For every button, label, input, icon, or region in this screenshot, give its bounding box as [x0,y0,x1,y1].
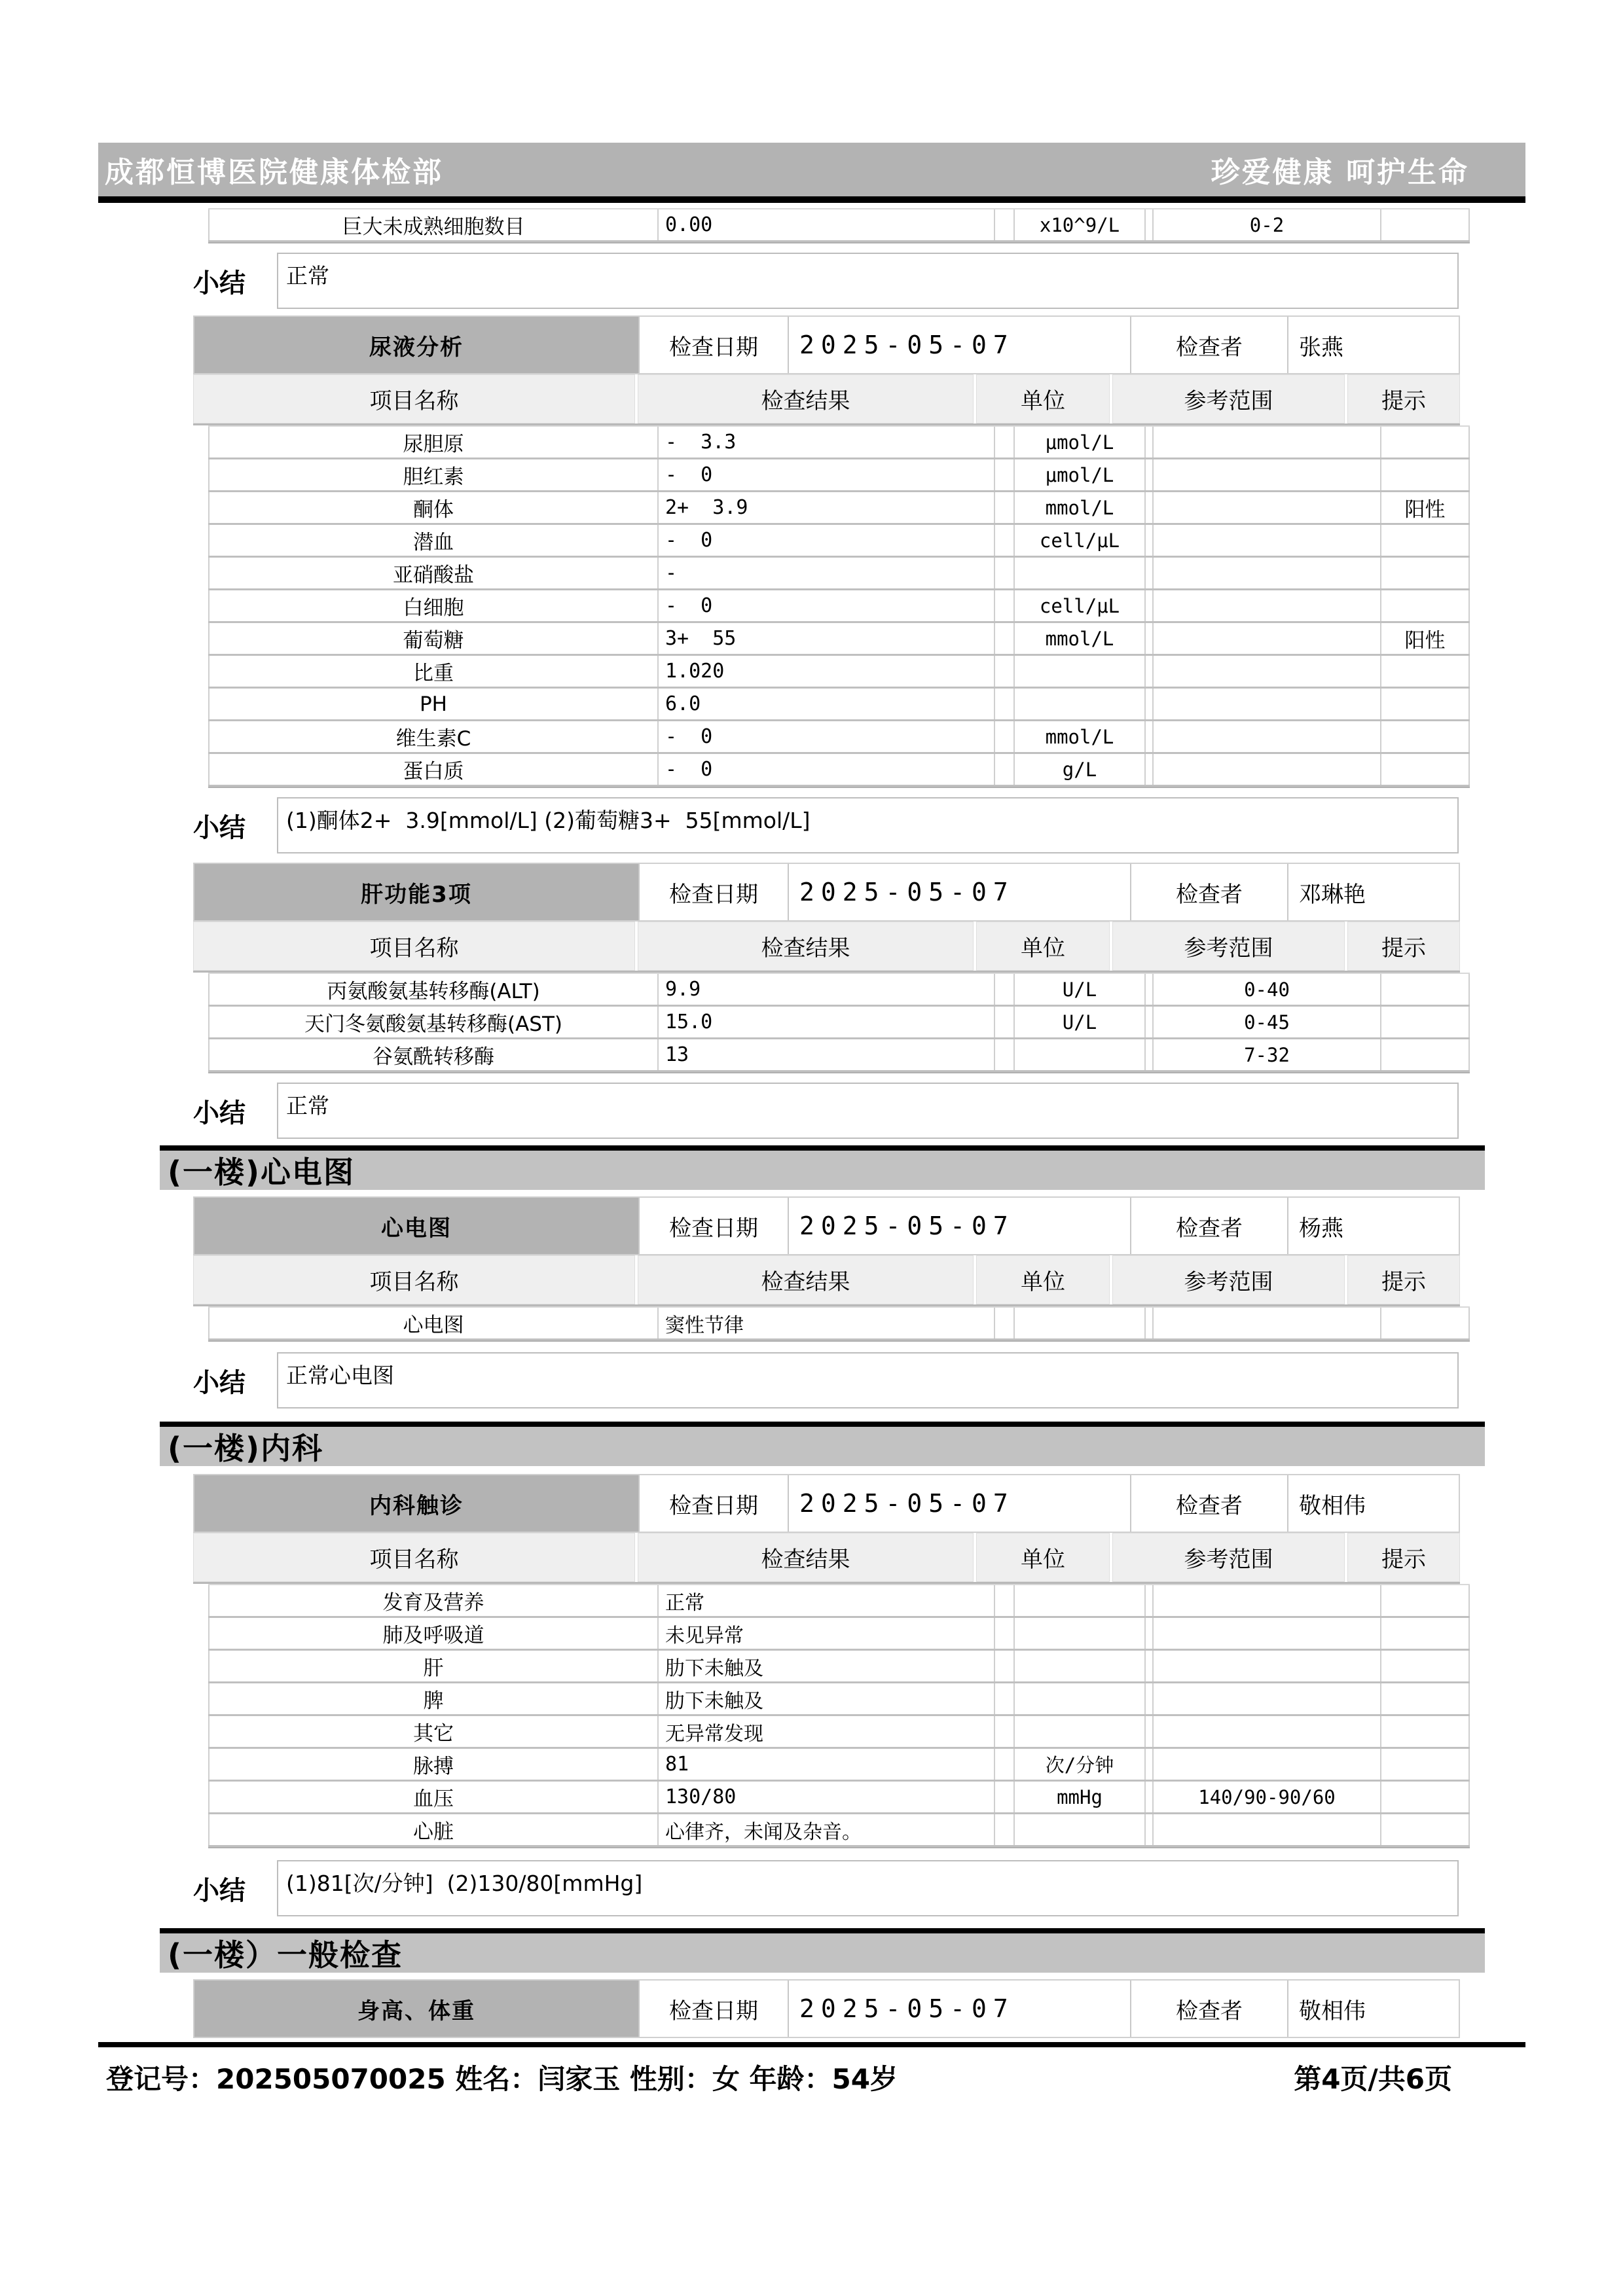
column-header-hint: 提示 [1347,1255,1460,1304]
unit-cell [1013,1651,1146,1681]
hint-cell [1380,1039,1470,1070]
column-gap [1146,427,1152,457]
header-rule [98,196,1525,203]
range-cell [1152,590,1380,621]
panel-header-urine: 尿液分析 检查日期 2025-05-07 检查者 张燕 [193,315,1460,374]
item-cell: 谷氨酰转移酶 [208,1039,659,1070]
result-cell: 13 [659,1039,995,1070]
unit-cell [1013,1814,1146,1845]
column-gap [995,1814,1013,1845]
section-rule [160,1422,1485,1427]
result-cell: - 3.3 [659,427,995,457]
result-cell: - 0 [659,721,995,752]
page-indicator: 第4页/共6页 [1294,2058,1452,2097]
result-cell: 心律齐，未闻及杂音。 [659,1814,995,1845]
column-gap [1146,689,1152,719]
section-band-ecg: (一楼)心电图 [160,1151,1485,1190]
table-row: 巨大未成熟细胞数目 0.00 x10^9/L 0-2 [208,209,1470,242]
range-cell [1152,525,1380,556]
hint-cell [1380,1782,1470,1812]
column-header-result: 检查结果 [638,922,974,971]
examiner-label: 检查者 [1130,317,1287,373]
table-row: 肝 肋下未触及 [208,1651,1470,1683]
hospital-name: 成都恒博医院健康体检部 [105,149,443,190]
column-gap [995,459,1013,490]
section-band-general: (一楼）一般检查 [160,1933,1485,1973]
hint-cell [1380,1814,1470,1845]
item-cell: 血压 [208,1782,659,1812]
hint-cell: 阳性 [1380,623,1470,654]
table-row: PH 6.0 [208,689,1470,721]
item-cell: 心电图 [208,1308,659,1338]
table-row: 谷氨酰转移酶 13 7-32 [208,1039,1470,1072]
column-gap [995,492,1013,523]
column-header-unit: 单位 [976,1533,1110,1582]
range-cell: 0-2 [1152,209,1380,240]
hint-cell [1380,1683,1470,1714]
range-cell: 140/90-90/60 [1152,1782,1380,1812]
column-gap [1146,1039,1152,1070]
unit-cell: μmol/L [1013,459,1146,490]
column-header-row: 项目名称 检查结果 单位 参考范围 提示 [193,1533,1460,1584]
range-cell [1152,721,1380,752]
result-cell: - 0 [659,754,995,785]
panel-header-ecg: 心电图 检查日期 2025-05-07 检查者 杨燕 [193,1196,1460,1255]
panel-header-general: 身高、体重 检查日期 2025-05-07 检查者 敬相伟 [193,1979,1460,2038]
column-gap [995,1683,1013,1714]
exam-date: 2025-05-07 [788,1981,1130,2037]
column-gap [1146,1651,1152,1681]
column-gap [1146,623,1152,654]
column-gap [1146,1585,1152,1616]
summary-block: 小结 正常 [193,1083,1459,1139]
range-cell [1152,1618,1380,1649]
column-gap [995,209,1013,240]
hint-cell [1380,427,1470,457]
column-gap [995,1039,1013,1070]
unit-cell: mmol/L [1013,492,1146,523]
examiner-label: 检查者 [1130,864,1287,920]
table-row: 其它 无异常发现 [208,1716,1470,1749]
unit-cell: U/L [1013,1007,1146,1037]
table-row: 丙氨酸氨基转移酶(ALT) 9.9 U/L 0-40 [208,974,1470,1007]
table-row: 脾 肋下未触及 [208,1683,1470,1716]
item-cell: 亚硝酸盐 [208,558,659,588]
column-gap [995,427,1013,457]
range-cell [1152,754,1380,785]
column-gap [995,590,1013,621]
table-row: 葡萄糖 3+ 55 mmol/L 阳性 [208,623,1470,656]
range-cell: 7-32 [1152,1039,1380,1070]
result-cell: 3+ 55 [659,623,995,654]
summary-box: 正常 [277,253,1459,309]
item-cell: 脾 [208,1683,659,1714]
exam-date-label: 检查日期 [638,1475,788,1532]
examiner-name: 杨燕 [1287,1198,1459,1254]
exam-date: 2025-05-07 [788,1475,1130,1532]
column-gap [1146,721,1152,752]
result-cell: 窦性节律 [659,1308,995,1338]
hint-cell [1380,1618,1470,1649]
section-band-internal: (一楼)内科 [160,1427,1485,1466]
table-row: 亚硝酸盐 - [208,558,1470,590]
result-cell: 1.020 [659,656,995,687]
range-cell: 0-40 [1152,974,1380,1005]
column-gap [995,721,1013,752]
item-cell: 尿胆原 [208,427,659,457]
column-gap [1146,525,1152,556]
result-cell: 肋下未触及 [659,1683,995,1714]
column-gap [995,1716,1013,1747]
exam-date-label: 检查日期 [638,864,788,920]
column-gap [995,623,1013,654]
unit-cell [1013,1308,1146,1338]
item-cell: 丙氨酸氨基转移酶(ALT) [208,974,659,1005]
table-row: 酮体 2+ 3.9 mmol/L 阳性 [208,492,1470,525]
column-header-row: 项目名称 检查结果 单位 参考范围 提示 [193,922,1460,973]
hint-cell [1380,1308,1470,1338]
hint-cell [1380,754,1470,785]
column-header-hint: 提示 [1347,922,1460,971]
item-cell: 肺及呼吸道 [208,1618,659,1649]
panel-title: 尿液分析 [194,317,638,373]
item-cell: 白细胞 [208,590,659,621]
exam-date-label: 检查日期 [638,1981,788,2037]
range-cell [1152,1308,1380,1338]
range-cell [1152,623,1380,654]
item-cell: 蛋白质 [208,754,659,785]
item-cell: 心脏 [208,1814,659,1845]
column-header-unit: 单位 [976,1255,1110,1304]
examiner-label: 检查者 [1130,1981,1287,2037]
column-gap [995,689,1013,719]
range-cell [1152,492,1380,523]
column-gap [995,525,1013,556]
hint-cell [1380,1585,1470,1616]
ecg-table: 心电图 窦性节律 [208,1306,1470,1342]
hint-cell [1380,1007,1470,1037]
range-cell: 0-45 [1152,1007,1380,1037]
column-header-range: 参考范围 [1112,1533,1345,1582]
column-header-hint: 提示 [1347,1533,1460,1582]
table-row: 比重 1.020 [208,656,1470,689]
footer-patient-info: 登记号：202505070025 姓名：闫家玉 性别：女 年龄：54岁 [106,2058,898,2097]
summary-box: 正常 [277,1083,1459,1139]
unit-cell: mmHg [1013,1782,1146,1812]
range-cell [1152,689,1380,719]
result-cell: - 0 [659,459,995,490]
column-header-item: 项目名称 [193,1533,635,1582]
column-gap [1146,974,1152,1005]
unit-cell: x10^9/L [1013,209,1146,240]
unit-cell [1013,1716,1146,1747]
table-row: 尿胆原 - 3.3 μmol/L [208,427,1470,459]
column-gap [995,1308,1013,1338]
unit-cell: cell/μL [1013,525,1146,556]
unit-cell [1013,1683,1146,1714]
panel-header-internal: 内科触诊 检查日期 2025-05-07 检查者 敬相伟 [193,1474,1460,1533]
section-rule [160,1145,1485,1151]
column-header-row: 项目名称 检查结果 单位 参考范围 提示 [193,374,1460,425]
range-cell [1152,1585,1380,1616]
summary-label: 小结 [193,1092,277,1130]
column-gap [995,656,1013,687]
column-header-item: 项目名称 [193,922,635,971]
column-gap [995,558,1013,588]
hint-cell [1380,1749,1470,1780]
item-cell: 胆红素 [208,459,659,490]
table-row: 心电图 窦性节律 [208,1308,1470,1340]
column-header-item: 项目名称 [193,1255,635,1304]
panel-title: 心电图 [194,1198,638,1254]
examiner-label: 检查者 [1130,1475,1287,1532]
item-cell: 潜血 [208,525,659,556]
table-row: 天门冬氨酸氨基转移酶(AST) 15.0 U/L 0-45 [208,1007,1470,1039]
column-gap [1146,1618,1152,1649]
hint-cell [1380,689,1470,719]
item-cell: 发育及营养 [208,1585,659,1616]
unit-cell [1013,1039,1146,1070]
result-cell: 6.0 [659,689,995,719]
column-header-item: 项目名称 [193,374,635,423]
column-gap [1146,1308,1152,1338]
panel-title: 内科触诊 [194,1475,638,1532]
column-header-result: 检查结果 [638,1255,974,1304]
item-cell: 比重 [208,656,659,687]
result-cell: 正常 [659,1585,995,1616]
range-cell [1152,1716,1380,1747]
hint-cell [1380,209,1470,240]
item-cell: 脉搏 [208,1749,659,1780]
result-cell: 肋下未触及 [659,1651,995,1681]
page-footer: 登记号：202505070025 姓名：闫家玉 性别：女 年龄：54岁 第4页/… [98,2058,1525,2097]
examiner-name: 敬相伟 [1287,1981,1459,2037]
item-cell: 其它 [208,1716,659,1747]
table-row: 肺及呼吸道 未见异常 [208,1618,1470,1651]
table-row: 蛋白质 - 0 g/L [208,754,1470,787]
item-cell: 葡萄糖 [208,623,659,654]
result-cell: 0.00 [659,209,995,240]
result-cell: 无异常发现 [659,1716,995,1747]
result-cell: 未见异常 [659,1618,995,1649]
unit-cell: mmol/L [1013,623,1146,654]
column-header-range: 参考范围 [1112,1255,1345,1304]
table-row: 发育及营养 正常 [208,1585,1470,1618]
column-header-range: 参考范围 [1112,922,1345,971]
column-gap [1146,1683,1152,1714]
table-row: 血压 130/80 mmHg 140/90-90/60 [208,1782,1470,1814]
summary-block: 小结 正常心电图 [193,1352,1459,1408]
summary-block: 小结 (1)酮体2+ 3.9[mmol/L] (2)葡萄糖3+ 55[mmol/… [193,797,1459,853]
unit-cell: 次/分钟 [1013,1749,1146,1780]
column-gap [1146,1007,1152,1037]
panel-header-liver: 肝功能3项 检查日期 2025-05-07 检查者 邓琳艳 [193,863,1460,922]
table-row: 维生素C - 0 mmol/L [208,721,1470,754]
column-header-result: 检查结果 [638,1533,974,1582]
unit-cell [1013,689,1146,719]
examiner-name: 张燕 [1287,317,1459,373]
summary-label: 小结 [193,807,277,844]
panel-title: 肝功能3项 [194,864,638,920]
summary-block: 小结 正常 [193,253,1459,309]
hint-cell [1380,558,1470,588]
column-gap [1146,1814,1152,1845]
unit-cell: U/L [1013,974,1146,1005]
column-gap [995,1585,1013,1616]
unit-cell [1013,558,1146,588]
table-row: 脉搏 81 次/分钟 [208,1749,1470,1782]
exam-date: 2025-05-07 [788,864,1130,920]
column-gap [995,1618,1013,1649]
summary-block: 小结 (1)81[次/分钟] (2)130/80[mmHg] [193,1860,1459,1916]
column-gap [1146,492,1152,523]
result-cell: - [659,558,995,588]
result-cell: 81 [659,1749,995,1780]
table-row: 胆红素 - 0 μmol/L [208,459,1470,492]
hint-cell [1380,721,1470,752]
summary-label: 小结 [193,262,277,300]
column-gap [1146,558,1152,588]
report-header-bar: 成都恒博医院健康体检部 珍爱健康 呵护生命 [98,143,1525,196]
internal-table: 发育及营养 正常 肺及呼吸道 未见异常 肝 肋下未触及 脾 肋下未触及 其它 无… [208,1584,1470,1848]
column-gap [995,1651,1013,1681]
item-cell: 肝 [208,1651,659,1681]
panel-title: 身高、体重 [194,1981,638,2037]
urine-table: 尿胆原 - 3.3 μmol/L 胆红素 - 0 μmol/L 酮体 2+ 3.… [208,425,1470,788]
carryover-table: 巨大未成熟细胞数目 0.00 x10^9/L 0-2 [208,208,1470,243]
column-gap [1146,754,1152,785]
result-cell: 9.9 [659,974,995,1005]
item-cell: 巨大未成熟细胞数目 [208,209,659,240]
column-header-row: 项目名称 检查结果 单位 参考范围 提示 [193,1255,1460,1306]
result-cell: - 0 [659,590,995,621]
summary-label: 小结 [193,1870,277,1907]
result-cell: 15.0 [659,1007,995,1037]
range-cell [1152,1651,1380,1681]
column-gap [995,1749,1013,1780]
column-gap [995,974,1013,1005]
hint-cell [1380,525,1470,556]
hint-cell [1380,590,1470,621]
column-gap [995,754,1013,785]
column-gap [995,1782,1013,1812]
summary-box: 正常心电图 [277,1352,1459,1408]
unit-cell [1013,656,1146,687]
item-cell: PH [208,689,659,719]
range-cell [1152,656,1380,687]
summary-box: (1)81[次/分钟] (2)130/80[mmHg] [277,1860,1459,1916]
hint-cell [1380,974,1470,1005]
hospital-slogan: 珍爱健康 呵护生命 [1211,149,1469,190]
range-cell [1152,1683,1380,1714]
unit-cell: g/L [1013,754,1146,785]
item-cell: 酮体 [208,492,659,523]
liver-table: 丙氨酸氨基转移酶(ALT) 9.9 U/L 0-40 天门冬氨酸氨基转移酶(AS… [208,973,1470,1073]
footer-rule [98,2042,1525,2047]
column-gap [995,1007,1013,1037]
column-header-unit: 单位 [976,922,1110,971]
column-gap [1146,209,1152,240]
item-cell: 天门冬氨酸氨基转移酶(AST) [208,1007,659,1037]
column-gap [1146,590,1152,621]
column-header-hint: 提示 [1347,374,1460,423]
range-cell [1152,1814,1380,1845]
unit-cell [1013,1585,1146,1616]
column-gap [1146,459,1152,490]
hint-cell: 阳性 [1380,492,1470,523]
range-cell [1152,558,1380,588]
hint-cell [1380,459,1470,490]
range-cell [1152,1749,1380,1780]
table-row: 潜血 - 0 cell/μL [208,525,1470,558]
unit-cell: μmol/L [1013,427,1146,457]
column-gap [1146,1782,1152,1812]
unit-cell [1013,1618,1146,1649]
examiner-name: 敬相伟 [1287,1475,1459,1532]
column-gap [1146,1749,1152,1780]
summary-box: (1)酮体2+ 3.9[mmol/L] (2)葡萄糖3+ 55[mmol/L] [277,797,1459,853]
unit-cell: cell/μL [1013,590,1146,621]
exam-date: 2025-05-07 [788,1198,1130,1254]
column-gap [1146,1716,1152,1747]
summary-label: 小结 [193,1362,277,1399]
exam-date: 2025-05-07 [788,317,1130,373]
range-cell [1152,427,1380,457]
column-header-unit: 单位 [976,374,1110,423]
exam-date-label: 检查日期 [638,1198,788,1254]
exam-date-label: 检查日期 [638,317,788,373]
range-cell [1152,459,1380,490]
examiner-name: 邓琳艳 [1287,864,1459,920]
result-cell: 130/80 [659,1782,995,1812]
hint-cell [1380,656,1470,687]
column-header-range: 参考范围 [1112,374,1345,423]
hint-cell [1380,1651,1470,1681]
examiner-label: 检查者 [1130,1198,1287,1254]
unit-cell: mmol/L [1013,721,1146,752]
result-cell: 2+ 3.9 [659,492,995,523]
item-cell: 维生素C [208,721,659,752]
column-gap [1146,656,1152,687]
result-cell: - 0 [659,525,995,556]
hint-cell [1380,1716,1470,1747]
column-header-result: 检查结果 [638,374,974,423]
table-row: 白细胞 - 0 cell/μL [208,590,1470,623]
table-row: 心脏 心律齐，未闻及杂音。 [208,1814,1470,1847]
